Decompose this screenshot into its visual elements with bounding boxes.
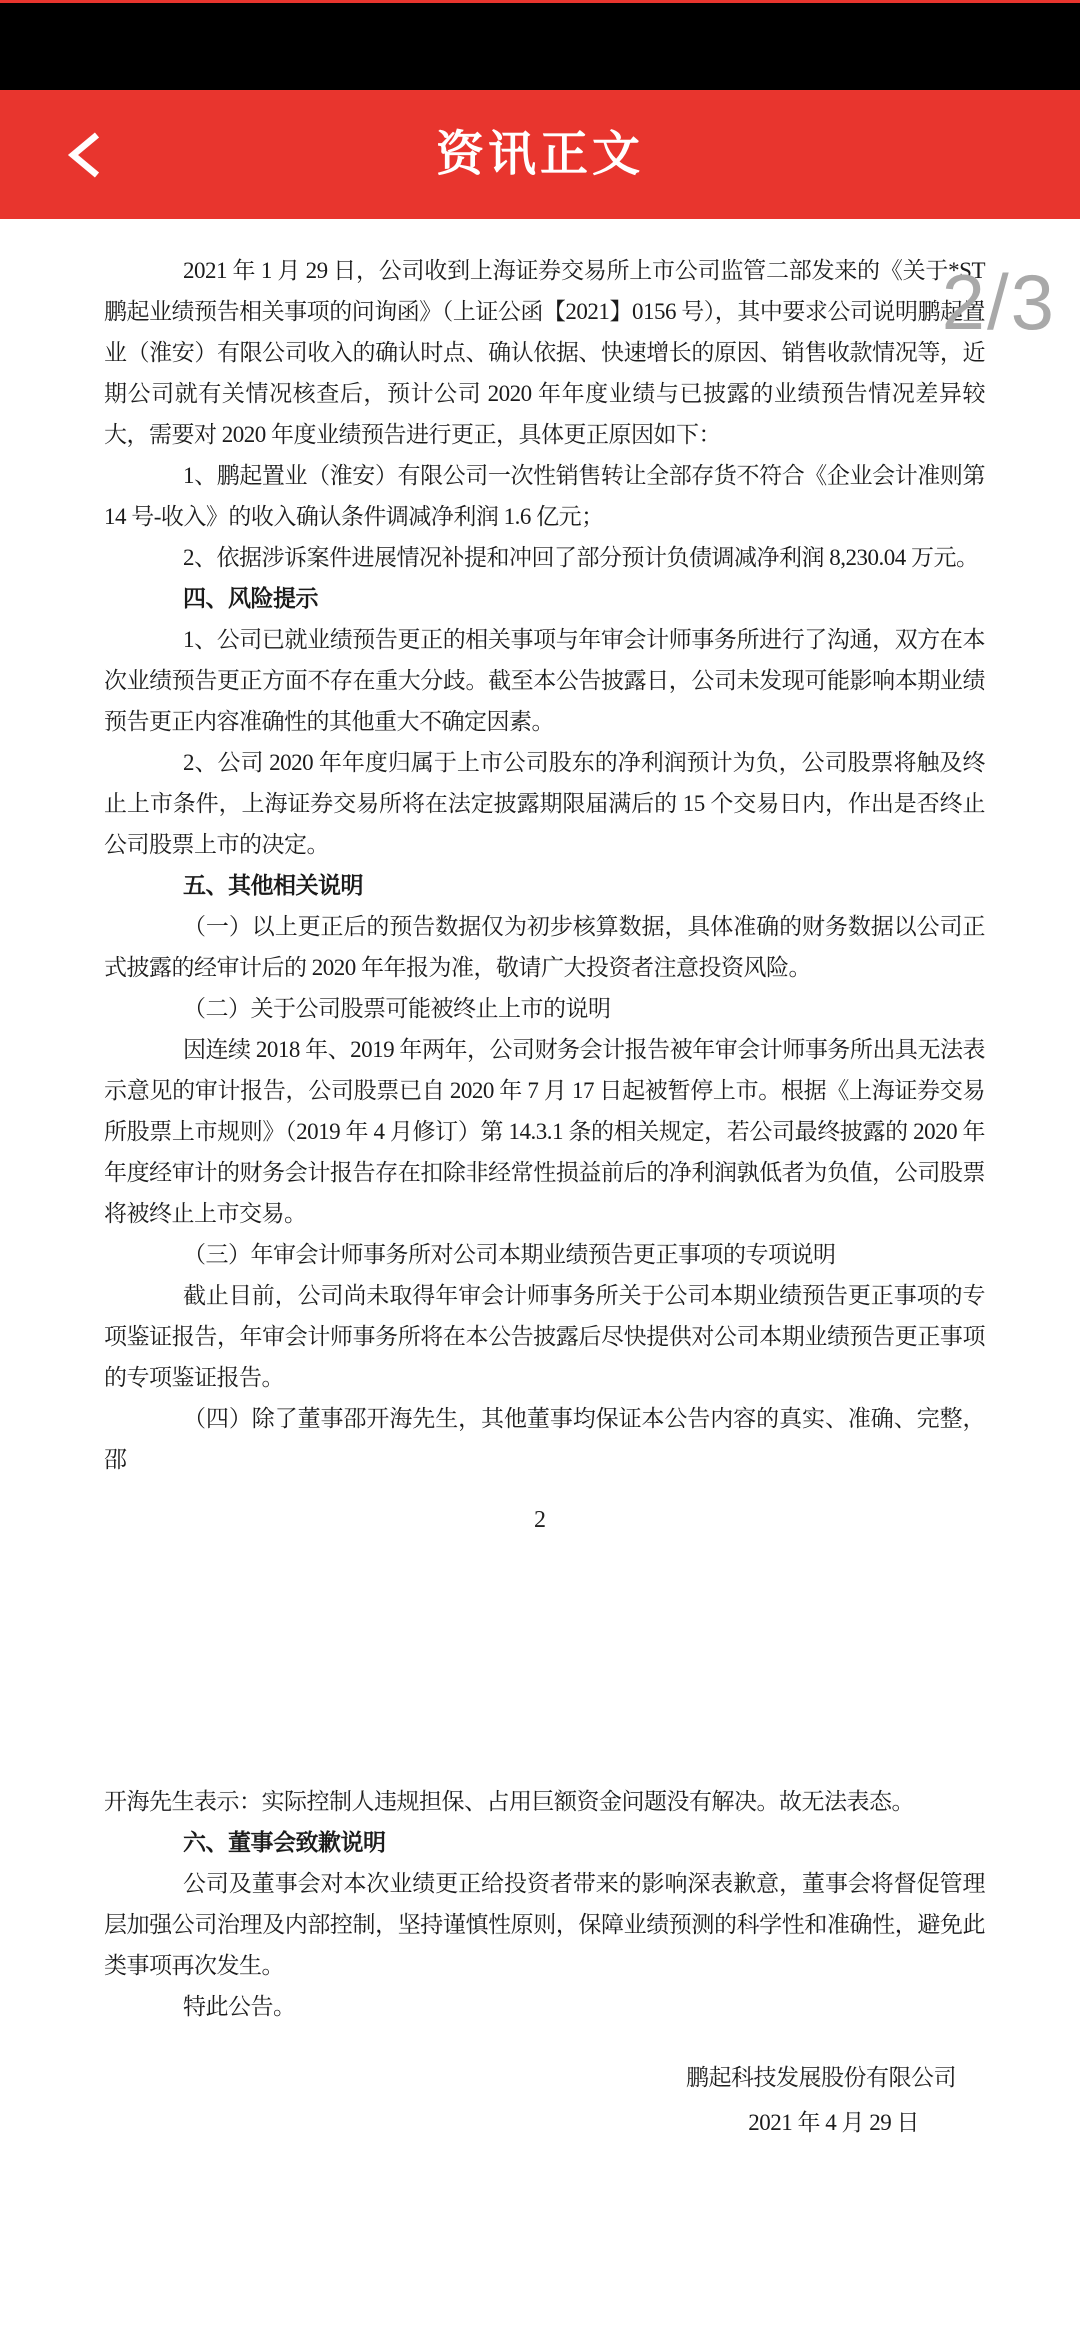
paragraph: （四）除了董事邵开海先生，其他董事均保证本公告内容的真实、准确、完整，邵 xyxy=(104,1398,985,1480)
status-bar xyxy=(0,3,1080,90)
page-title: 资讯正文 xyxy=(436,131,644,179)
paragraph: 2、依据涉诉案件进展情况补提和冲回了部分预计负债调减净利润 8,230.04 万… xyxy=(104,537,985,578)
pdf-page-1: 2021 年 1 月 29 日，公司收到上海证券交易所上市公司监管二部发来的《关… xyxy=(0,219,1080,1480)
section-heading-risk: 四、风险提示 xyxy=(104,578,985,619)
paragraph: 因连续 2018 年、2019 年两年，公司财务会计报告被年审会计师事务所出具无… xyxy=(104,1029,985,1234)
paragraph: （一）以上更正后的预告数据仅为初步核算数据，具体准确的财务数据以公司正式披露的经… xyxy=(104,906,985,988)
paragraph: （二）关于公司股票可能被终止上市的说明 xyxy=(104,988,985,1029)
chevron-left-icon xyxy=(63,129,107,181)
page-indicator-badge: 2/3 xyxy=(942,263,1056,341)
page-footer-number: 2 xyxy=(0,1505,1080,1535)
paragraph: 截止目前，公司尚未取得年审会计师事务所关于公司本期业绩预告更正事项的专项鉴证报告… xyxy=(104,1275,985,1398)
paragraph: 2、公司 2020 年年度归属于上市公司股东的净利润预计为负，公司股票将触及终止… xyxy=(104,742,985,865)
paragraph: 2021 年 1 月 29 日，公司收到上海证券交易所上市公司监管二部发来的《关… xyxy=(104,250,985,455)
paragraph: 1、鹏起置业（淮安）有限公司一次性销售转让全部存货不符合《企业会计准则第 14 … xyxy=(104,455,985,537)
signature-date: 2021 年 4 月 29 日 xyxy=(104,2102,985,2143)
section-heading-other: 五、其他相关说明 xyxy=(104,865,985,906)
back-button[interactable] xyxy=(45,90,125,219)
paragraph: 特此公告。 xyxy=(104,1986,985,2027)
app-header: 资讯正文 xyxy=(0,90,1080,219)
paragraph: 开海先生表示：实际控制人违规担保、占用巨额资金问题没有解决。故无法表态。 xyxy=(104,1781,985,1822)
paragraph: 公司及董事会对本次业绩更正给投资者带来的影响深表歉意，董事会将督促管理层加强公司… xyxy=(104,1863,985,1986)
section-heading-apology: 六、董事会致歉说明 xyxy=(104,1822,985,1863)
pdf-page-2: 开海先生表示：实际控制人违规担保、占用巨额资金问题没有解决。故无法表态。 六、董… xyxy=(0,1781,1080,2143)
paragraph: （三）年审会计师事务所对公司本期业绩预告更正事项的专项说明 xyxy=(104,1234,985,1275)
paragraph: 1、公司已就业绩预告更正的相关事项与年审会计师事务所进行了沟通，双方在本次业绩预… xyxy=(104,619,985,742)
document-viewer[interactable]: 2/3 2021 年 1 月 29 日，公司收到上海证券交易所上市公司监管二部发… xyxy=(0,219,1080,2340)
app-screen: 资讯正文 2/3 2021 年 1 月 29 日，公司收到上海证券交易所上市公司… xyxy=(0,0,1080,2340)
signature-company: 鹏起科技发展股份有限公司 xyxy=(104,2057,985,2098)
